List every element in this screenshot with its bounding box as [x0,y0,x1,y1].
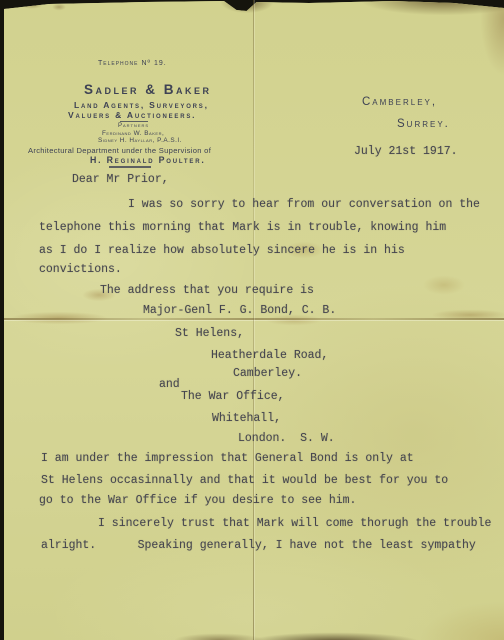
letterhead-partners-label: Partners [118,123,149,129]
letterhead-firm-name: Sadler & Baker [84,82,212,97]
typewritten-line: alright. Speaking generally, I have not … [41,539,476,552]
typewritten-line: Whitehall, [212,412,281,425]
letterhead-partner-1: Ferdinand W. Baker, [102,130,164,137]
typewritten-line: Dear Mr Prior, [72,173,169,186]
letterhead-telephone: Telephone Nº 19. [98,60,167,67]
typewritten-line: London. S. W. [238,432,335,445]
typewritten-line: The address that you require is [100,284,314,297]
letter-date: July 21st 1917. [354,145,458,158]
typewritten-line: go to the War Office if you desire to se… [39,494,356,507]
letterhead-underline-rule [109,166,151,168]
typewritten-line: Major-Genl F. G. Bond, C. B. [143,304,336,317]
typewritten-line: I was so sorry to hear from our conversa… [128,198,480,211]
typewritten-line: St Helens occasinnally and that it would… [41,474,448,487]
typewritten-line: as I do I realize how absolutely sincere… [39,244,405,257]
typewritten-line: I am under the impression that General B… [41,452,414,465]
letterhead-place-surrey: Surrey. [397,118,450,130]
typewritten-line: telephone this morning that Mark is in t… [39,221,446,234]
letterhead-department-head: H. Reginald Poulter. [90,155,206,165]
letterhead-trade-line1: Land Agents, Surveyors, [74,100,209,110]
letterhead-trade-line2: Valuers & Auctioneers. [68,110,196,120]
horizontal-fold-crease [4,318,504,320]
typewritten-line: St Helens, [175,327,244,340]
letterhead-place-camberley: Camberley, [362,96,437,108]
letterhead-divider-rule [120,121,148,122]
letterhead-partner-2: Sidney H. Hayllar, P.A.S.I. [98,137,182,144]
letterhead-department-line: Architectural Department under the Super… [28,146,211,155]
typewritten-line: convictions. [39,263,122,276]
typewritten-line: I sincerely trust that Mark will come th… [98,517,491,530]
typewritten-line: Heatherdale Road, [211,349,328,362]
typewritten-line: The War Office, [181,390,285,403]
typewritten-line: and [159,378,180,391]
typewritten-line: Camberley. [233,367,302,380]
